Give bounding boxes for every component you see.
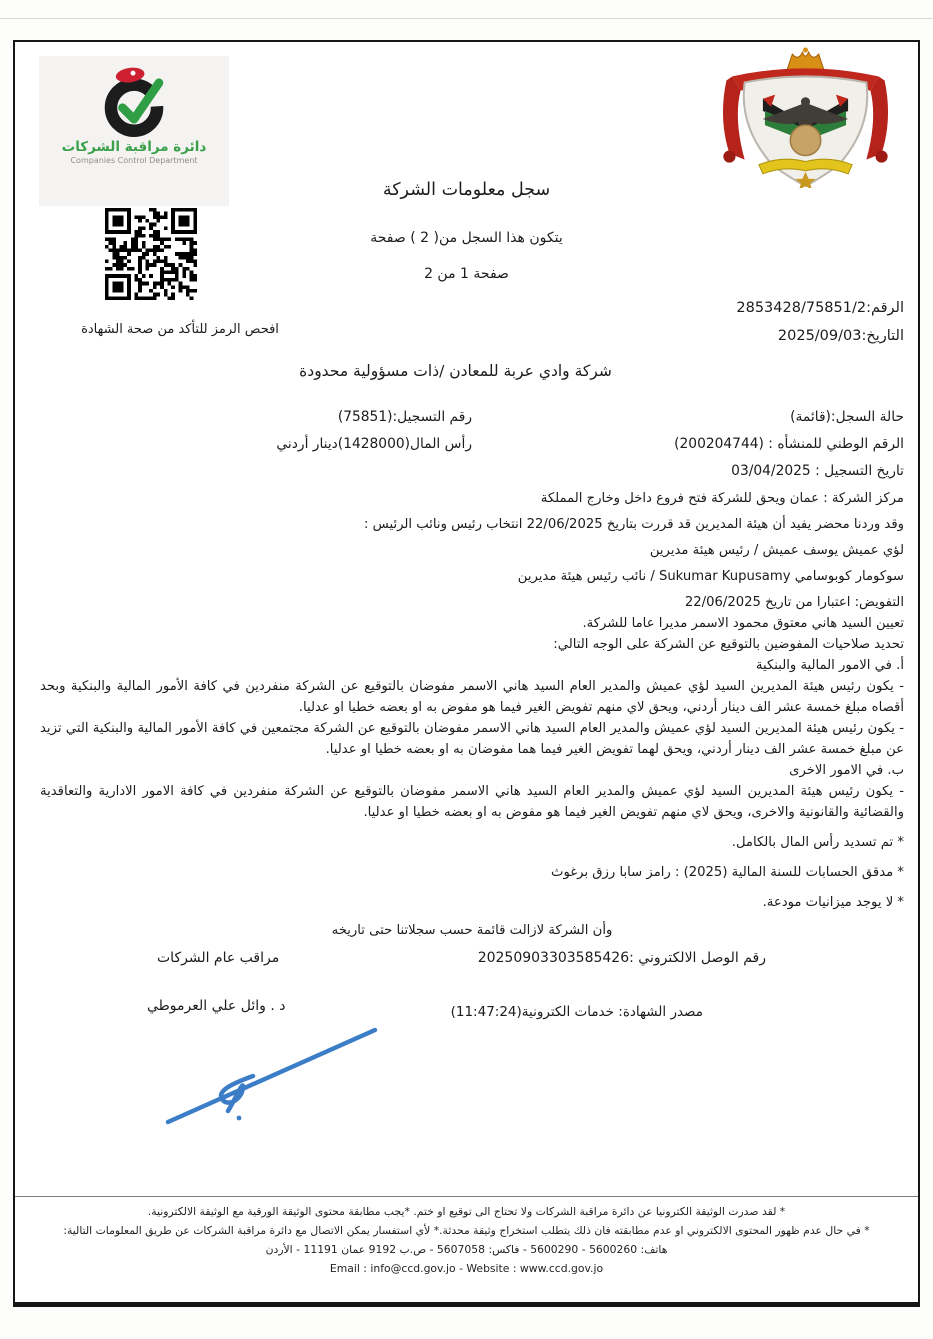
body-line: مركز الشركة : عمان ويحق للشركة فتح فروع … [40, 488, 904, 509]
capital: رأس المال(1428000)دينار أردني [40, 431, 472, 458]
body-line: التفويض: اعتبارا من تاريخ 22/06/2025 [40, 592, 904, 613]
body-line: ب. في الامور الاخرى [40, 760, 904, 781]
body-paragraph: - يكون رئيس هيئة المديرين السيد لؤي عميش… [40, 718, 904, 760]
record-number: الرقم:2853428/75851/2 [736, 300, 904, 316]
certificate-source: مصدر الشهادة: خدمات الكترونية(11:47:24) [451, 1004, 703, 1020]
national-id: الرقم الوطني للمنشأه : (200204744) [472, 431, 904, 458]
registration-number: رقم التسجيل:(75851) [40, 404, 472, 431]
body-note: * لا يوجد ميزانيات مودعة. [40, 892, 904, 913]
footer-email-website: Email : info@ccd.gov.jo - Website : www.… [25, 1259, 908, 1278]
ccd-logo-icon [86, 62, 182, 140]
electronic-receipt-number: رقم الوصل الالكتروني :20250903303585426 [478, 950, 766, 966]
body-text: مركز الشركة : عمان ويحق للشركة فتح فروع … [40, 488, 904, 941]
body-note: * مدقق الحسابات للسنة المالية (2025) : ر… [40, 862, 904, 883]
body-line: لؤي عميش يوسف عميش / رئيس هيئة مديرين [40, 540, 904, 561]
document-title: سجل معلومات الشركة [15, 180, 918, 200]
body-line: تحديد صلاحيات المفوضين بالتوقيع عن الشرك… [40, 634, 904, 655]
ccd-logo-name-arabic: دائرة مراقبة الشركات [39, 140, 229, 155]
body-paragraph: - يكون رئيس هيئة المديرين السيد لؤي عميش… [40, 676, 904, 718]
record-status: حالة السجل:(قائمة) [472, 404, 904, 431]
footer-divider [15, 1196, 918, 1197]
document-page: دائرة مراقبة الشركات Companies Control D… [13, 40, 920, 1307]
company-name: شركة وادي عربة للمعادن /ذات مسؤولية محدو… [15, 362, 896, 380]
body-closing-line: وأن الشركة لازالت قائمة حسب سجلاتنا حتى … [40, 920, 904, 941]
body-paragraph: - يكون رئيس هيئة المديرين السيد لؤي عميش… [40, 781, 904, 823]
body-line: وقد وردنا محضر يفيد أن هيئة المديرين قد … [40, 514, 904, 535]
footer-line: * في حال عدم ظهور المحتوى الالكتروني او … [25, 1221, 908, 1240]
body-note: * تم تسديد رأس المال بالكامل. [40, 832, 904, 853]
body-line: تعيين السيد هاني معتوق محمود الاسمر مدير… [40, 613, 904, 634]
footer: * لقد صدرت الوثيقة الكترونيا عن دائرة مر… [25, 1202, 908, 1278]
company-info: حالة السجل:(قائمة) رقم التسجيل:(75851) ا… [40, 404, 904, 485]
controller-name: د . وائل علي العرموطي [147, 998, 285, 1014]
document-canvas: دائرة مراقبة الشركات Companies Control D… [0, 0, 933, 1339]
qr-code-svg [105, 208, 197, 300]
footer-line: * لقد صدرت الوثيقة الكترونيا عن دائرة مر… [25, 1202, 908, 1221]
signature [153, 1014, 388, 1144]
info-row: حالة السجل:(قائمة) رقم التسجيل:(75851) [40, 404, 904, 431]
registration-date: تاريخ التسجيل : 03/04/2025 [472, 458, 904, 485]
footer-contact-line: هاتف: 5600260 - 5600290 - فاكس: 5607058 … [25, 1240, 908, 1259]
qr-code [105, 208, 197, 300]
info-row: تاريخ التسجيل : 03/04/2025 [40, 458, 904, 485]
info-row: الرقم الوطني للمنشأه : (200204744) رأس ا… [40, 431, 904, 458]
record-date: التاريخ:2025/09/03 [778, 328, 904, 344]
controller-title: مراقب عام الشركات [157, 950, 279, 966]
jordan-coat-of-arms [703, 46, 908, 188]
qr-caption: افحص الرمز للتأكد من صحة الشهادة [49, 322, 311, 337]
body-line: سوكومار كوبوسامي Sukumar Kupusamy / نائب… [40, 566, 904, 587]
body-line: أ. في الامور المالية والبنكية [40, 655, 904, 676]
page-top-divider [0, 18, 933, 19]
ccd-logo-name-english: Companies Control Department [39, 155, 229, 166]
